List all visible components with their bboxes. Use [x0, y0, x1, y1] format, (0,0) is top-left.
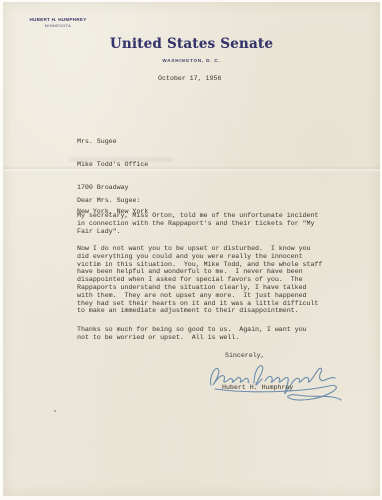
recipient-line-name: Mrs. Sugee	[77, 138, 148, 146]
salutation: Dear Mrs. Sugee:	[77, 197, 140, 205]
body-paragraph-3: Thanks so much for being so good to us. …	[77, 326, 307, 342]
scanned-letter: HUBERT H. HUMPHREY MINNESOTA United Stat…	[0, 0, 382, 500]
ink-bleedthrough-smudge	[69, 157, 173, 162]
typed-signature-name: Hubert H. Humphrey	[222, 384, 293, 392]
date-line: October 17, 1956	[158, 75, 221, 83]
body-paragraph-2: Now I do not want you to be upset or dis…	[77, 245, 322, 315]
sender-state: MINNESOTA	[21, 24, 95, 28]
body-paragraph-1: My secretary, Miss Orton, told me of the…	[77, 212, 318, 235]
paper-speck	[54, 410, 56, 412]
sender-name: HUBERT H. HUMPHREY	[21, 17, 95, 22]
handwritten-signature-ink	[201, 356, 345, 404]
letterhead-location: WASHINGTON, D. C.	[3, 58, 380, 63]
letterhead-title: United States Senate	[3, 36, 380, 52]
sender-block: HUBERT H. HUMPHREY MINNESOTA	[21, 17, 95, 28]
letter-paper: HUBERT H. HUMPHREY MINNESOTA United Stat…	[3, 2, 380, 496]
paper-fold-crease	[3, 166, 380, 172]
recipient-line-street: 1700 Broadway	[77, 184, 148, 192]
